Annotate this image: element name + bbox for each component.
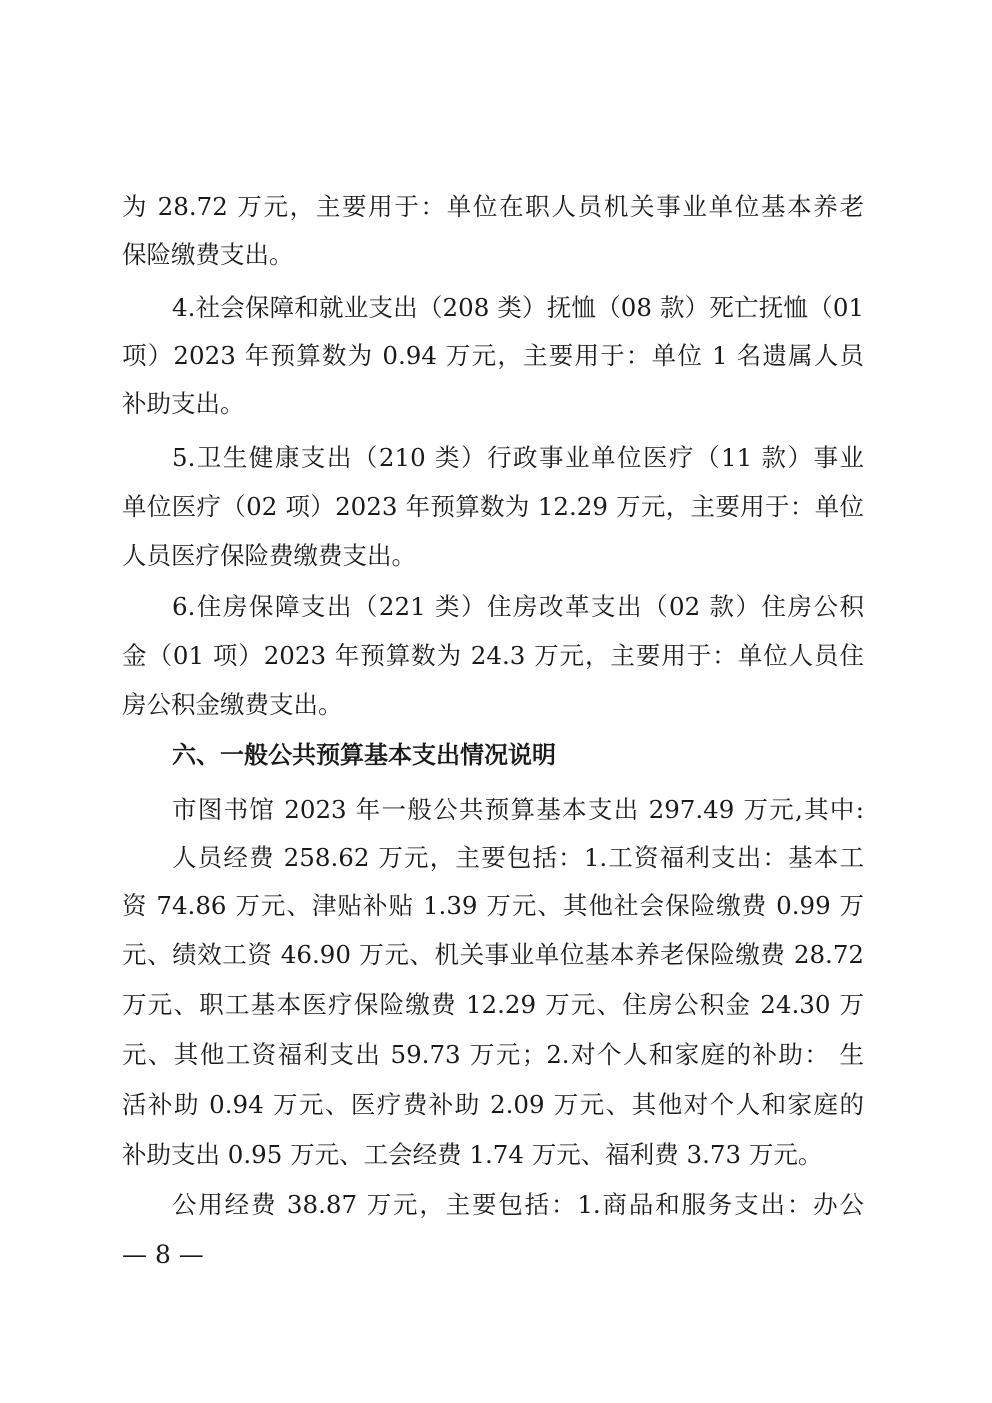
paragraph-line: 万元、职工基本医疗保险缴费 12.29 万元、住房公积金 24.30 万 <box>122 990 864 1020</box>
page-number: — 8 — <box>122 1240 204 1270</box>
paragraph-line: 元、其他工资福利支出 59.73 万元；2.对个人和家庭的补助： 生 <box>122 1040 864 1070</box>
paragraph-line: 人员医疗保险费缴费支出。 <box>122 541 864 571</box>
paragraph-line: 补助支出。 <box>122 389 864 419</box>
section-heading: 六、一般公共预算基本支出情况说明 <box>172 740 556 770</box>
paragraph-line: 活补助 0.94 万元、医疗费补助 2.09 万元、其他对个人和家庭的 <box>122 1090 864 1120</box>
paragraph-line: 市图书馆 2023 年一般公共预算基本支出 297.49 万元,其中: <box>172 795 864 825</box>
paragraph-line: 保险缴费支出。 <box>122 240 864 270</box>
paragraph-line: 项）2023 年预算数为 0.94 万元，主要用于：单位 1 名遗属人员 <box>122 341 864 371</box>
paragraph-line: 4.社会保障和就业支出（208 类）抚恤（08 款）死亡抚恤（01 <box>172 293 864 323</box>
paragraph-line: 元、绩效工资 46.90 万元、机关事业单位基本养老保险缴费 28.72 <box>122 940 864 970</box>
paragraph-line: 人员经费 258.62 万元，主要包括：1.工资福利支出：基本工 <box>172 843 864 873</box>
paragraph-line: 补助支出 0.95 万元、工会经费 1.74 万元、福利费 3.73 万元。 <box>122 1140 864 1170</box>
paragraph-line: 5.卫生健康支出（210 类）行政事业单位医疗（11 款）事业 <box>172 443 864 473</box>
paragraph-line: 房公积金缴费支出。 <box>122 690 864 720</box>
paragraph-line: 为 28.72 万元，主要用于：单位在职人员机关事业单位基本养老 <box>122 192 864 222</box>
paragraph-line: 金（01 项）2023 年预算数为 24.3 万元，主要用于：单位人员住 <box>122 641 864 671</box>
paragraph-line: 单位医疗（02 项）2023 年预算数为 12.29 万元，主要用于：单位 <box>122 492 864 522</box>
paragraph-line: 公用经费 38.87 万元，主要包括：1.商品和服务支出：办公 <box>172 1190 864 1220</box>
paragraph-line: 6.住房保障支出（221 类）住房改革支出（02 款）住房公积 <box>172 592 864 622</box>
paragraph-line: 资 74.86 万元、津贴补贴 1.39 万元、其他社会保险缴费 0.99 万 <box>122 891 864 921</box>
document-page: 为 28.72 万元，主要用于：单位在职人员机关事业单位基本养老 保险缴费支出。… <box>0 0 992 1403</box>
